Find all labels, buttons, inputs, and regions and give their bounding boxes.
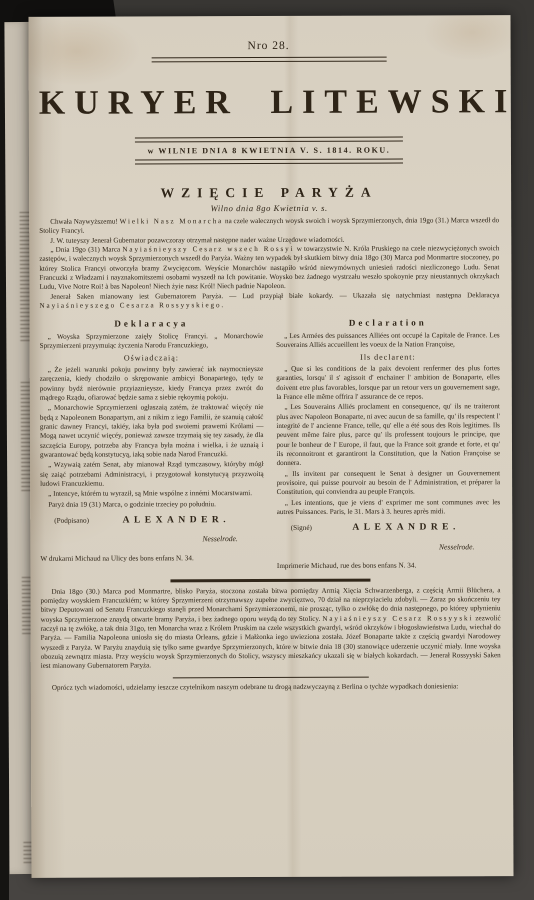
editor-note: Oprócz tych wiadomości, udzielamy ieszcz… xyxy=(41,683,501,694)
double-rule xyxy=(135,137,403,143)
double-rule xyxy=(135,159,403,165)
imprint-line: Imprimerie Michaud, rue des bons enfans … xyxy=(277,551,501,571)
intro-paragraph: „ Dnia 19go (31) Marca Nayiaśnieyszy Ces… xyxy=(39,244,499,292)
signature-row: (Signé) ALEXANDRE. xyxy=(277,524,501,534)
section-divider-rule xyxy=(173,676,369,678)
intro-section: Chwała Naywyższemu! Wielki Nasz Monarcha… xyxy=(39,216,499,311)
signed-label: (Podpisano) xyxy=(54,517,89,526)
emphasized-text: Nayiaśnieyszy Cesarz Rossyyski xyxy=(322,614,473,623)
column-subheader: Oświadczaią: xyxy=(40,353,264,363)
column-paragraph: „ Wzywaią zatém Senat, aby mianował Rząd… xyxy=(40,460,264,489)
paragraph-text: „ Dnia 19go (31) Marca xyxy=(50,246,122,254)
intro-paragraph: Chwała Naywyższemu! Wielki Nasz Monarcha… xyxy=(39,216,499,236)
signature-alexandre: ALEXANDRE. xyxy=(312,524,500,534)
paragraph-text: Chwała Naywyższemu! xyxy=(50,218,119,226)
section-divider-rule xyxy=(170,579,370,582)
signed-label: (Signé) xyxy=(291,524,312,533)
declaration-columns: Deklaracya „ Woyska Sprzymierzone zaięły… xyxy=(40,317,501,574)
column-polish: Deklaracya „ Woyska Sprzymierzone zaięły… xyxy=(40,317,264,573)
imprint-line: W drukarni Michaud na Ulicy des bons enf… xyxy=(40,544,264,564)
column-subheader: Ils declarent: xyxy=(276,353,500,363)
column-paragraph: „ Że jeżeli warunki pokoju powinny były … xyxy=(40,365,264,403)
signature-alexander: ALEXANDER. xyxy=(89,516,264,526)
masthead-title: KURYER LITEWSKI xyxy=(39,83,499,123)
column-paragraph: „ Les intentions, que je viens d' exprim… xyxy=(277,498,501,517)
column-french: Declaration „ Les Armées des puissances … xyxy=(276,317,500,573)
issue-dateline: w WILNIE DNIA 8 KWIETNIA V. S. 1814. ROK… xyxy=(39,145,499,156)
paragraph-text: J. W. tuteyszy Jenerał Gubernator pozawc… xyxy=(50,235,344,244)
column-paragraph: „ Monarchowie Sprzymierzeni ogłaszaią za… xyxy=(40,403,264,460)
column-paragraph: „ Intencye, którém tu wyraził, są Mnie w… xyxy=(40,489,264,499)
emphasized-text: Nayiaśnieyszy Cesarz wszech Rossyi xyxy=(122,245,294,254)
column-paragraph: „ Les Souverains Alliés proclament en co… xyxy=(276,402,500,468)
paragraph-text: Jenerał Saken mianowany iest Gubernatore… xyxy=(50,291,499,301)
signature-dateline: Paryż dnia 19 (31) Marca, o godzinie trz… xyxy=(40,500,264,510)
emphasized-text: Nayiaśnieyszego Cesarza Rossyyskiego. xyxy=(39,301,225,310)
newspaper-page: Nro 28. KURYER LITEWSKI w WILNIE DNIA 8 … xyxy=(28,15,513,878)
column-paragraph: „ Que si les conditions de la paix devoi… xyxy=(276,364,500,402)
column-paragraph: „ Woyska Sprzymierzone zaięły Stolicę Fr… xyxy=(40,332,264,351)
article-headline: WZIĘCIE PARYŻA xyxy=(39,184,499,202)
double-rule xyxy=(151,57,386,63)
article-sub-dateline: Wilno dnia 8go Kwietnia v. s. xyxy=(39,202,499,214)
column-paragraph: „ Les Armées des puissances Alliées ont … xyxy=(276,331,500,350)
battle-report-section: Dnia 18go (30.) Marca pod Monmartre, bli… xyxy=(40,586,500,694)
column-paragraph: „ Ils invitent par consequent le Senat à… xyxy=(277,469,501,498)
column-header-polish: Deklaracya xyxy=(40,319,264,329)
emphasized-text: Wielki Nasz Monarcha xyxy=(120,217,224,225)
battle-report-paragraph: Dnia 18go (30.) Marca pod Monmartre, bli… xyxy=(40,586,500,672)
issue-number: Nro 28. xyxy=(39,39,499,53)
column-header-french: Declaration xyxy=(276,319,500,329)
signature-row: (Podpisano) ALEXANDER. xyxy=(40,516,264,526)
intro-paragraph: Jenerał Saken mianowany iest Gubernatore… xyxy=(39,291,499,311)
